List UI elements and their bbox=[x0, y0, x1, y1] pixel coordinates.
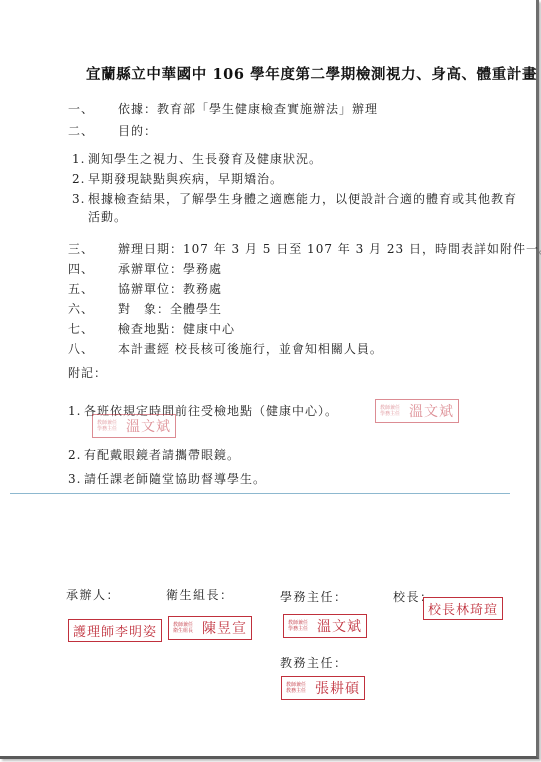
section-purpose: 二、目的： bbox=[68, 122, 157, 139]
item-approval: 八、本計畫經 校長核可後施行，並會知相關人員。 bbox=[68, 340, 383, 357]
handler-label: 承辦人： bbox=[66, 586, 120, 603]
purpose-item-continuation: 活動。 bbox=[88, 208, 127, 225]
health-leader-stamp: 教師兼任 衛生組長陳昱宣 bbox=[168, 616, 252, 640]
purpose-item: 2.早期發現缺點與疾病，早期矯治。 bbox=[72, 170, 283, 187]
health-leader-label: 衛生組長： bbox=[166, 586, 234, 603]
item-location: 七、檢查地點：健康中心 bbox=[68, 320, 235, 337]
inline-stamp-student-affairs-2: 教師兼任 學務主任溫文斌 bbox=[375, 399, 459, 423]
item-organizer: 四、承辦單位：學務處 bbox=[68, 260, 222, 277]
student-affairs-label: 學務主任： bbox=[280, 588, 348, 605]
academic-affairs-label: 教務主任： bbox=[280, 654, 348, 671]
page-separator bbox=[10, 493, 510, 494]
document-page: 宜蘭縣立中華國中 106 學年度第二學期檢測視力、身高、體重計畫 一、依據：教育… bbox=[0, 0, 539, 759]
document-title: 宜蘭縣立中華國中 106 學年度第二學期檢測視力、身高、體重計畫 bbox=[86, 63, 537, 84]
purpose-item: 3.根據檢查結果，了解學生身體之適應能力，以便設計合適的體育或其他教育 bbox=[72, 190, 517, 207]
notes-label: 附記： bbox=[68, 364, 107, 381]
section-basis: 一、依據：教育部「學生健康檢查實施辦法」辦理 bbox=[68, 100, 378, 117]
handler-stamp: 護理師李明姿 bbox=[68, 619, 162, 642]
student-affairs-stamp: 教師兼任 學務主任溫文斌 bbox=[283, 614, 367, 638]
note-item: 3.請任課老師隨堂協助督導學生。 bbox=[68, 470, 266, 487]
principal-stamp: 校長林琦瑄 bbox=[423, 597, 503, 620]
purpose-item: 1.測知學生之視力、生長發育及健康狀況。 bbox=[72, 150, 322, 167]
item-target: 六、對 象：全體學生 bbox=[68, 300, 222, 317]
academic-affairs-stamp: 教師兼任 教務主任張耕碩 bbox=[281, 676, 365, 700]
inline-stamp-student-affairs: 教師兼任 學務主任溫文斌 bbox=[92, 414, 176, 438]
item-co-organizer: 五、協辦單位：教務處 bbox=[68, 280, 222, 297]
note-item: 2.有配戴眼鏡者請攜帶眼鏡。 bbox=[68, 446, 240, 463]
item-date: 三、辦理日期：107 年 3 月 5 日至 107 年 3 月 23 日，時間表… bbox=[68, 240, 541, 257]
